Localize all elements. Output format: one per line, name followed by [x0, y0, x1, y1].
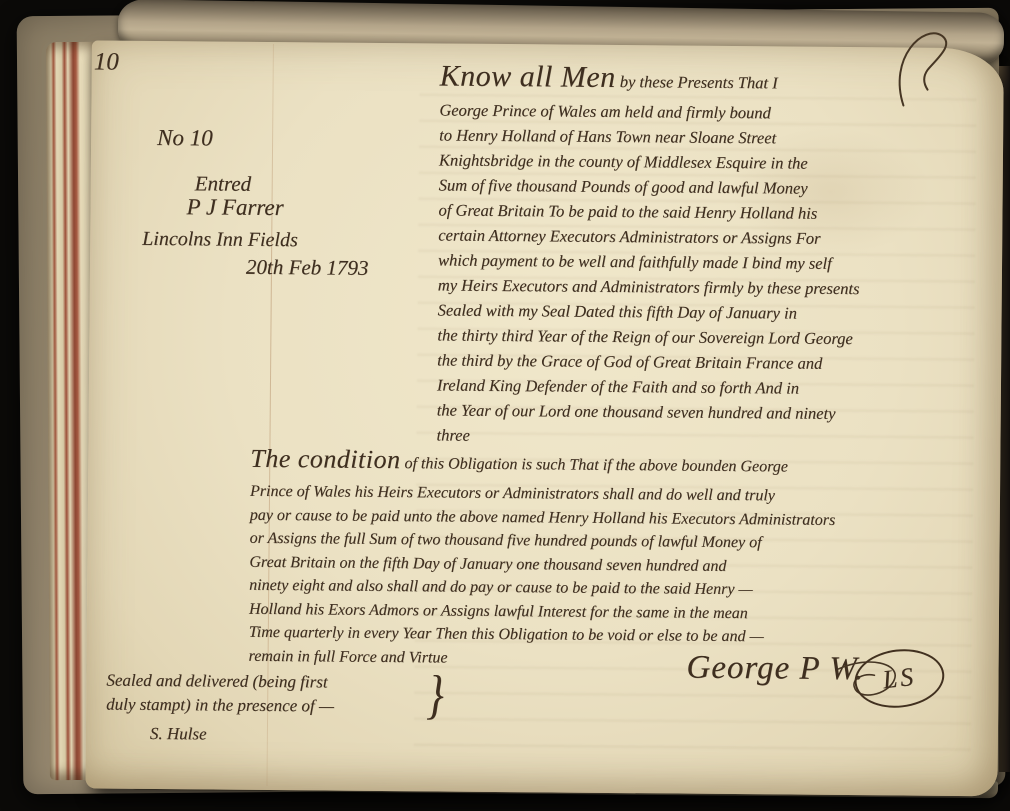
condition-paragraph: The condition of this Obligation is such…: [248, 444, 1010, 675]
condition-opening-words: The condition: [250, 444, 400, 474]
bond-opening-line: Know all Men by these Presents That I: [440, 59, 1010, 98]
margin-note-case-number: No 10: [157, 125, 213, 151]
attestation-brace: }: [426, 663, 444, 725]
condition-opening-line: The condition of this Obligation is such…: [250, 444, 1010, 481]
condition-opening-rest: of this Obligation is such That if the a…: [404, 455, 788, 475]
seal-text: LS: [881, 662, 918, 696]
attestation-line1: Sealed and delivered (being first: [106, 669, 334, 695]
ledger-page: 10 No 10 Entred P J Farrer Lincolns Inn …: [85, 40, 1003, 796]
bond-body: George Prince of Wales am held and firml…: [436, 97, 1010, 452]
bond-opening-rest: by these Presents That I: [620, 72, 778, 92]
witness-signature: S. Hulse: [150, 722, 334, 748]
margin-note-entered: Entred: [195, 171, 252, 196]
bond-opening-words: Know all Men: [440, 59, 616, 94]
condition-body: Prince of Wales his Heirs Executors or A…: [248, 480, 1010, 675]
folio-number: 10: [94, 48, 119, 76]
margin-note-clerk-name: P J Farrer: [186, 194, 283, 221]
attestation-block: Sealed and delivered (being first duly s…: [106, 669, 335, 748]
bond-paragraph: Know all Men by these Presents That I Ge…: [436, 59, 1010, 452]
bond-line: the Year of our Lord one thousand seven …: [437, 397, 1010, 427]
margin-note-clerk-address: Lincolns Inn Fields: [142, 228, 298, 252]
margin-note-entry-date: 20th Feb 1793: [246, 255, 369, 281]
attestation-line2: duly stampt) in the presence of —: [106, 693, 334, 719]
photo-of-ledger: 10 No 10 Entred P J Farrer Lincolns Inn …: [0, 0, 1010, 811]
